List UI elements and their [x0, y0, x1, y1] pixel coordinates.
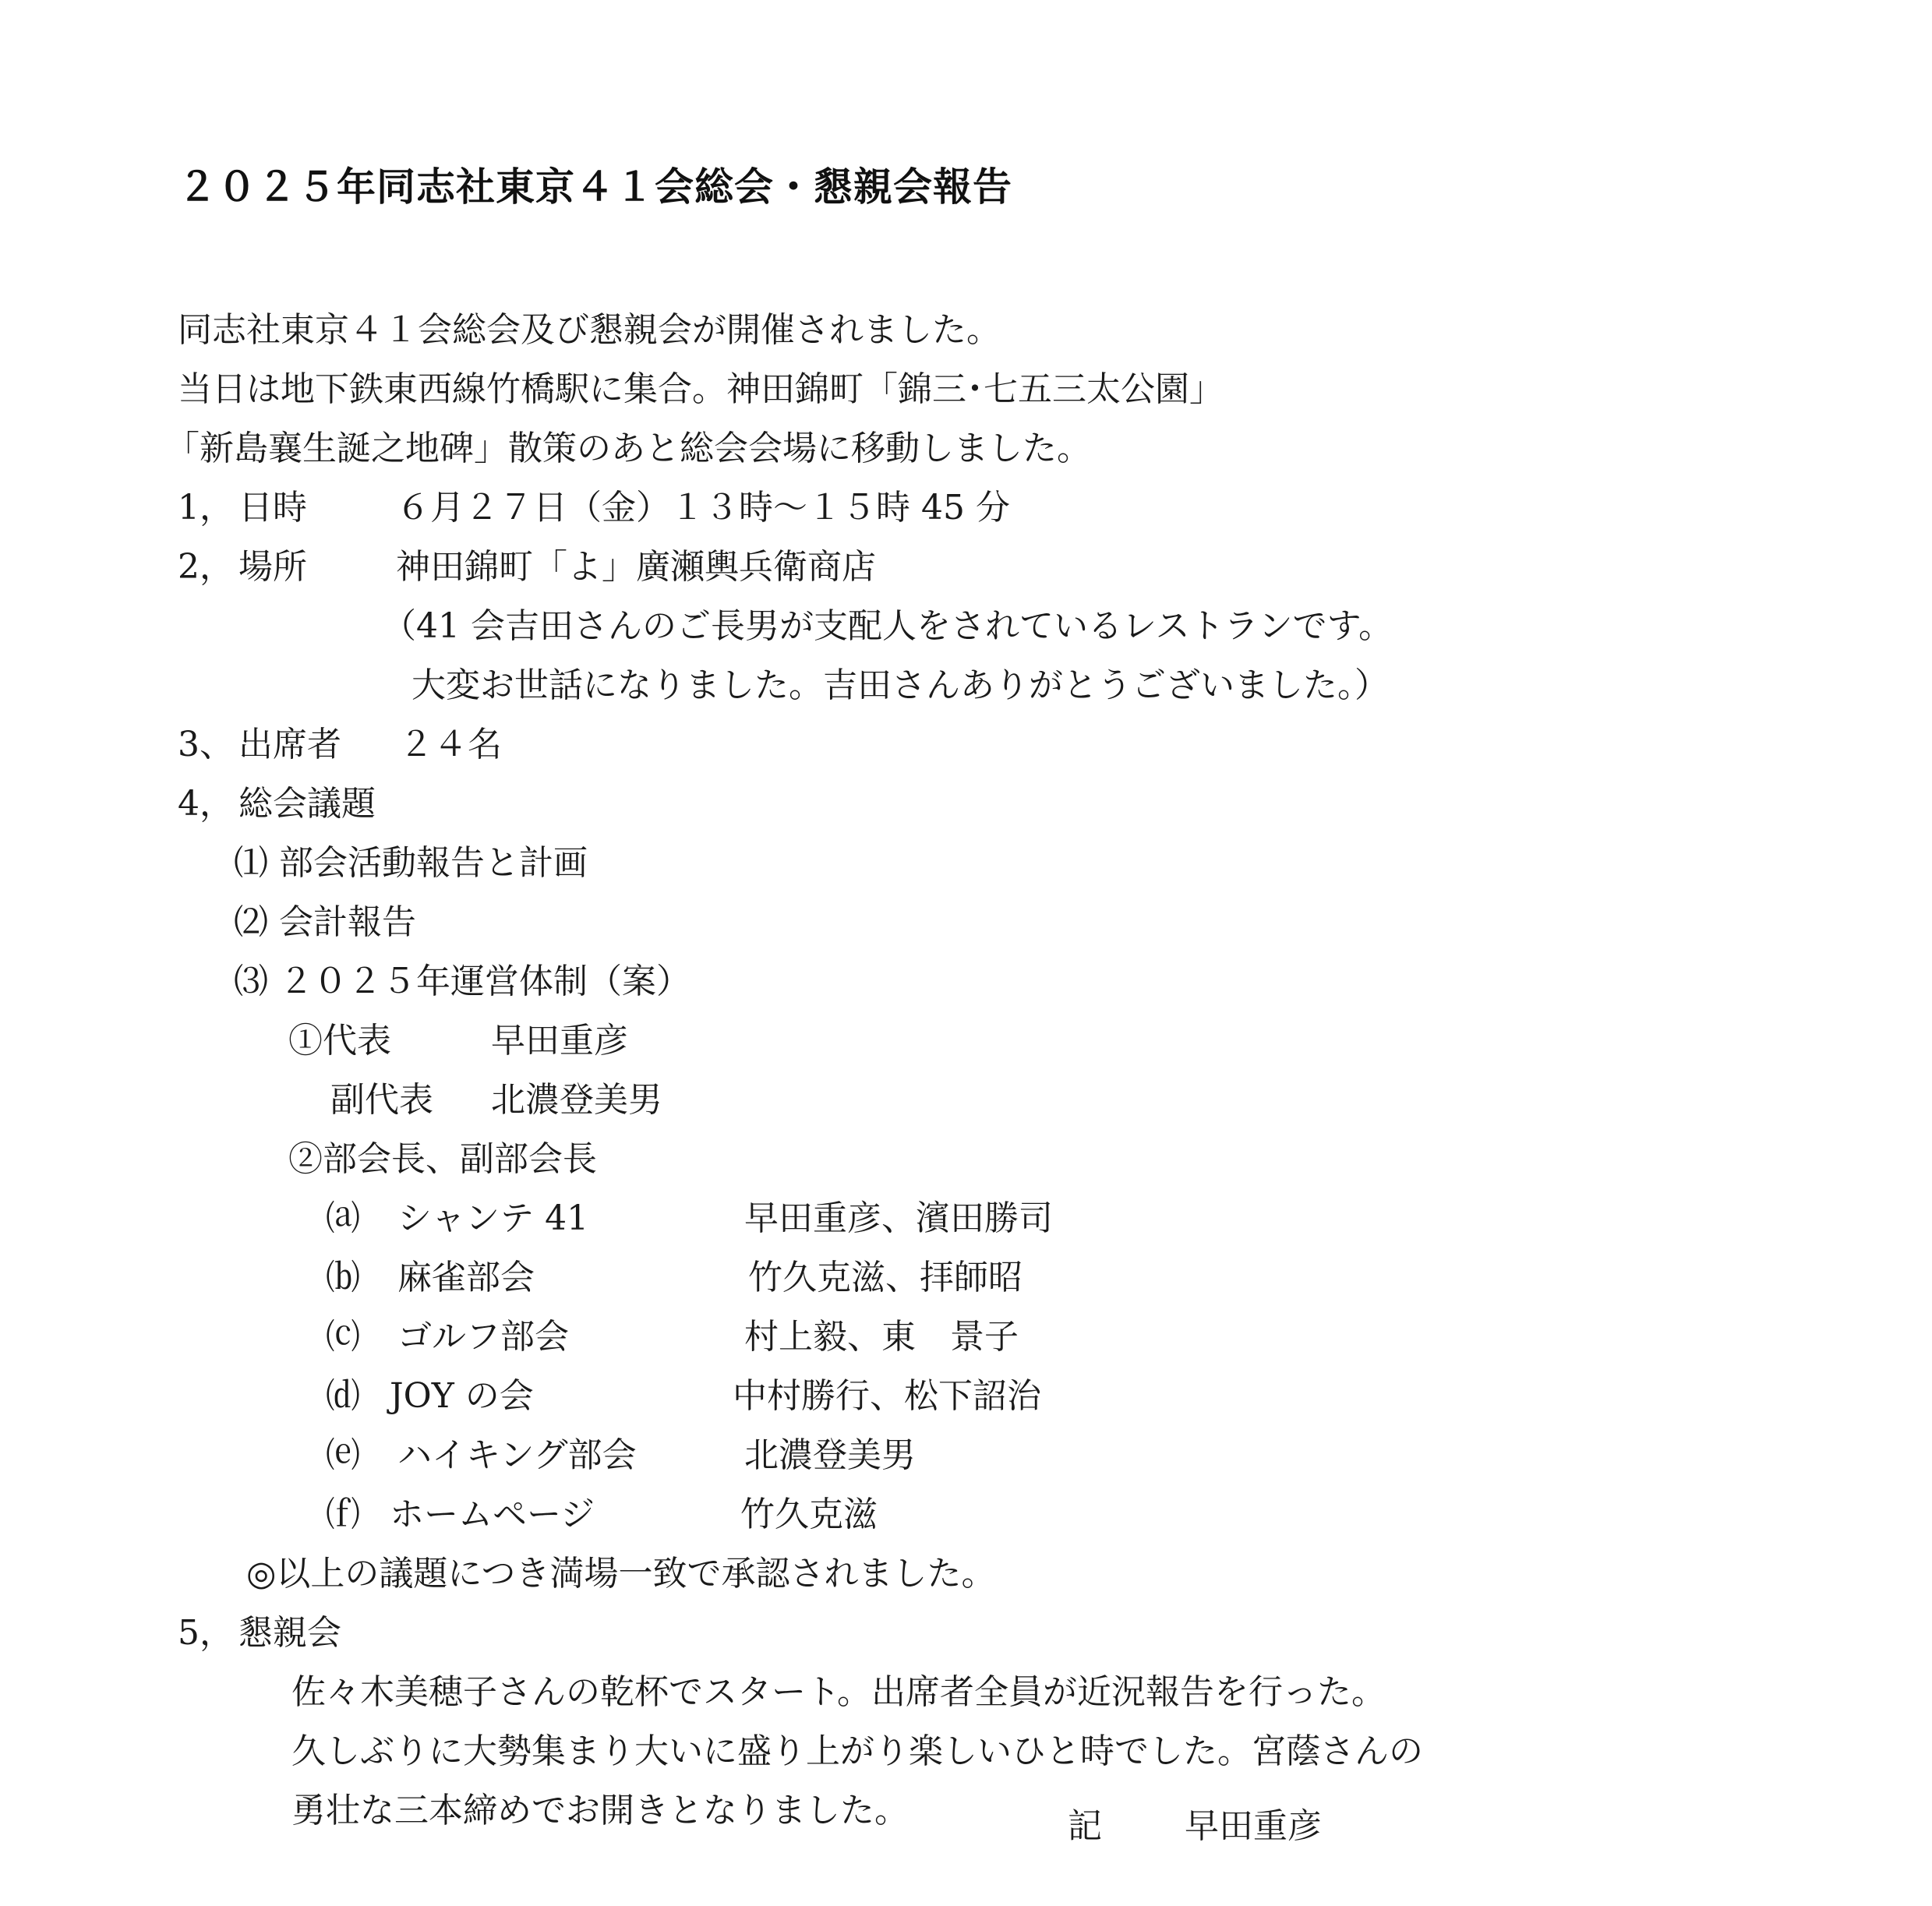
club-f-leaders: 竹久克滋 — [740, 1493, 878, 1537]
social-line-2: 久しぶりに大勢集まり大いに盛り上がり楽しいひと時でした。宮蔭さんの — [291, 1730, 1423, 1774]
section-4-number: 4， — [178, 782, 234, 826]
vice-representative-label: 副代表 — [330, 1078, 433, 1122]
club-e-leaders: 北濃登美男 — [744, 1434, 916, 1477]
club-d-name: JOY の会 — [390, 1375, 534, 1418]
club-a-name: シャンテ 41 — [397, 1197, 588, 1241]
document-title: ２０２５年同志社東京４１会総会・懇親会報告 — [178, 156, 1012, 212]
signature-name: 早田重彦 — [1185, 1805, 1322, 1848]
agenda-item-1: ⑴ 部会活動報告と計画 — [234, 842, 588, 885]
agenda-item-2: ⑵ 会計報告 — [234, 901, 416, 944]
section-3-value: ２４名 — [399, 723, 502, 767]
approval-note: ◎以上の議題につき満場一致で承認されました。 — [246, 1552, 996, 1596]
intro-line-2: 当日は地下鉄東西線竹橋駅に集合。神田錦町「錦三･七五三太公園」 — [178, 368, 1224, 411]
section-2-note-line-2: 大変お世話になりました。吉田さんありがとうございました。） — [411, 664, 1389, 708]
club-b-key: ⒝ — [326, 1256, 360, 1300]
section-2-value: 神田錦町「よ」廣瀬輿兵衛商店 — [396, 545, 876, 589]
intro-line-3: 「新島襄生誕之地碑」散策のあと総会会場に移動しました。 — [165, 427, 1091, 471]
representative-label: ①代表 — [288, 1019, 391, 1063]
club-e-name: ハイキング部会 — [397, 1434, 637, 1477]
document-page: ２０２５年同志社東京４１会総会・懇親会報告 同志社東京４１会総会及び懇親会が開催… — [0, 0, 1932, 1906]
section-1-value: ６月２７日（金）１３時～１５時 45 分 — [396, 486, 1010, 530]
intro-line-1: 同志社東京４１会総会及び懇親会が開催されました。 — [178, 309, 1001, 352]
club-c-key: ⒞ — [326, 1315, 360, 1359]
section-3-number: 3、 — [178, 723, 234, 767]
signature-label: 記 — [1068, 1805, 1102, 1848]
club-f-key: ⒡ — [326, 1493, 360, 1537]
club-b-name: 麻雀部会 — [397, 1256, 535, 1300]
clubs-heading: ②部会長、副部会長 — [288, 1138, 597, 1181]
section-2-note-line-1: （41 会吉田さんのご長男が支配人をされているレストランです。 — [382, 605, 1393, 648]
section-4-label: 総会議題 — [238, 782, 376, 826]
club-a-leaders: 早田重彦、濱田勝司 — [744, 1197, 1053, 1241]
section-2-label: 場所 — [238, 545, 307, 589]
agenda-item-3: ⑶ ２０２５年運営体制（案） — [234, 960, 691, 1004]
club-c-leaders: 村上毅、東 景子 — [744, 1315, 1019, 1359]
club-b-leaders: 竹久克滋、拝師昭 — [748, 1256, 1023, 1300]
section-1-number: 1， — [178, 486, 234, 530]
club-a-key: ⒜ — [326, 1197, 360, 1241]
club-d-leaders: 中村勝行、松下詔治 — [733, 1375, 1041, 1418]
club-c-name: ゴルフ部会 — [397, 1315, 569, 1359]
club-f-name: ホームページ — [390, 1493, 595, 1537]
social-line-3: 勇壮な三本締めでお開きとなりました。 — [291, 1789, 909, 1833]
representative-name: 早田重彦 — [491, 1019, 628, 1063]
section-5-label: 懇親会 — [238, 1611, 341, 1655]
section-3-label: 出席者 — [238, 723, 341, 767]
section-2-number: 2， — [178, 545, 234, 589]
social-line-1: 佐々木美穂子さんの乾杯でスタート。出席者全員が近況報告を行った。 — [291, 1671, 1386, 1714]
club-d-key: ⒟ — [326, 1375, 360, 1418]
vice-representative-name: 北濃登美男 — [491, 1078, 662, 1122]
section-1-label: 日時 — [238, 486, 307, 530]
section-5-number: 5， — [178, 1611, 234, 1655]
club-e-key: ⒠ — [326, 1434, 360, 1477]
